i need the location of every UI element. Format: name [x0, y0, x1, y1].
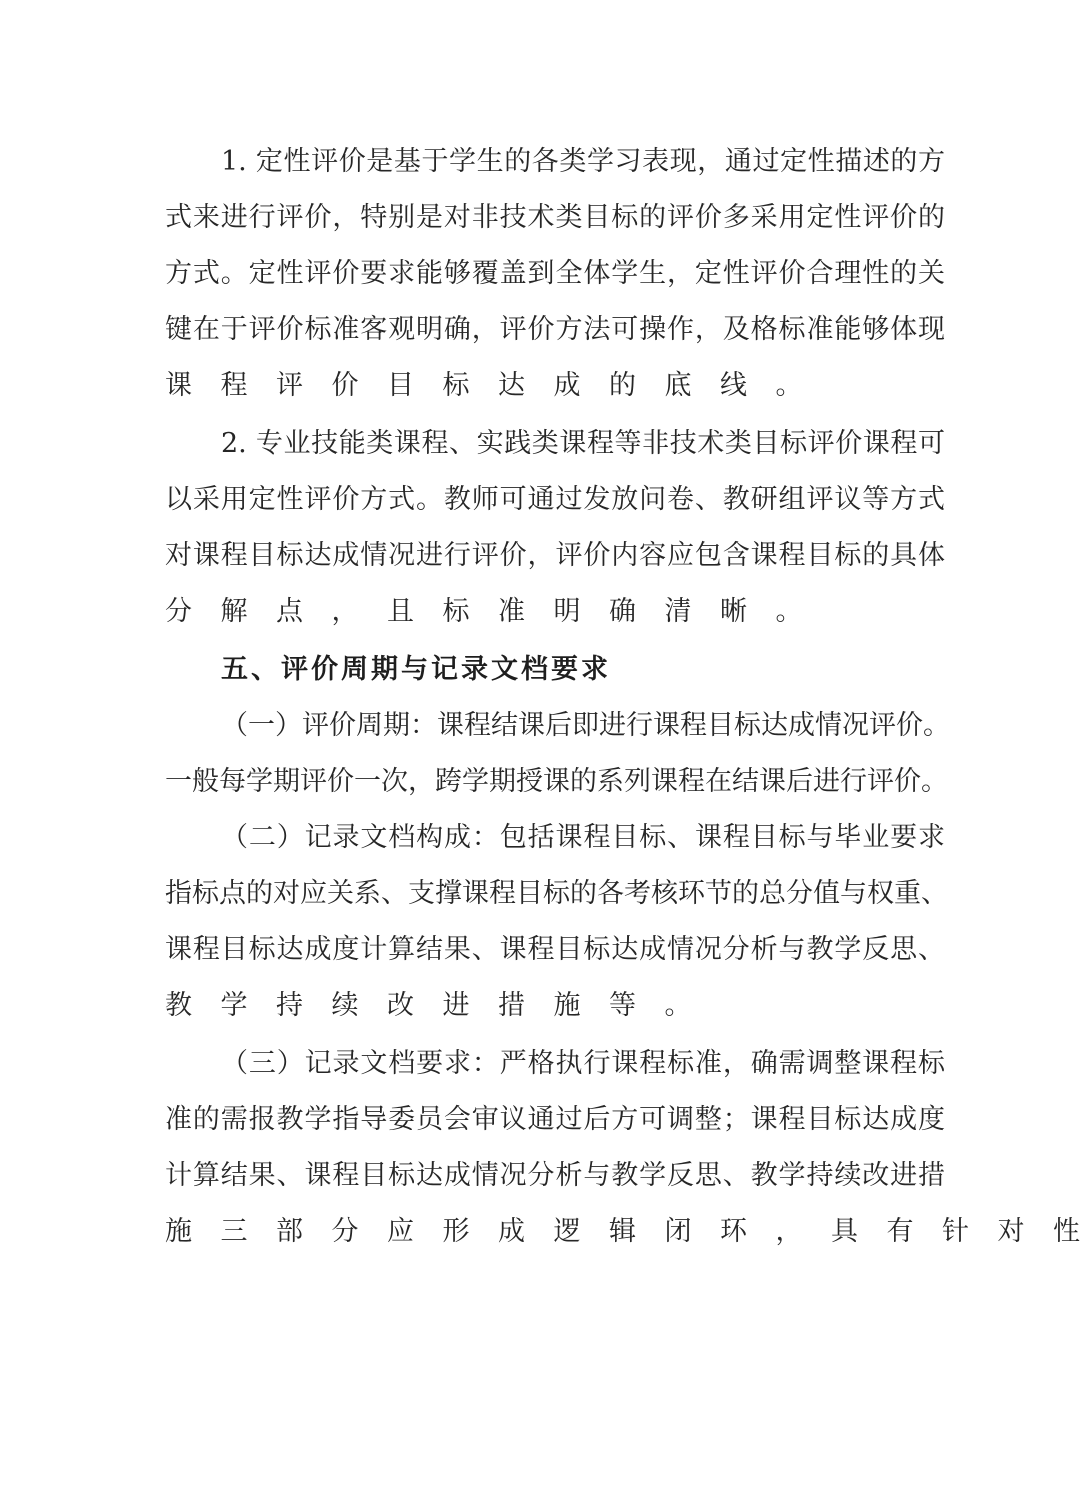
section-heading: 五、评价周期与记录文档要求	[165, 642, 955, 698]
line-text: 施三部分应形成逻辑闭环，具有针对性。	[165, 1204, 955, 1260]
text-line: （二）记录文档构成：包括课程目标、课程目标与毕业要求	[165, 810, 955, 866]
line-text: 2. 专业技能类课程、实践类课程等非技术类目标评价课程可	[221, 416, 945, 472]
text-line: 课程评价目标达成的底线。	[165, 358, 955, 414]
text-line: 教学持续改进措施等。	[165, 978, 955, 1034]
line-text: 键在于评价标准客观明确，评价方法可操作，及格标准能够体现	[165, 302, 945, 358]
line-text: 方式。定性评价要求能够覆盖到全体学生，定性评价合理性的关	[165, 246, 945, 302]
line-text: 计算结果、课程目标达成情况分析与教学反思、教学持续改进措	[165, 1148, 945, 1204]
line-text: 课程目标达成度计算结果、课程目标达成情况分析与教学反思、	[165, 922, 945, 978]
text-line: 2. 专业技能类课程、实践类课程等非技术类目标评价课程可	[165, 416, 955, 472]
line-text: 指标点的对应关系、支撑课程目标的各考核环节的总分值与权重、	[165, 866, 945, 922]
line-text: 1. 定性评价是基于学生的各类学习表现，通过定性描述的方	[221, 134, 945, 190]
line-text: 以采用定性评价方式。教师可通过发放问卷、教研组评议等方式	[165, 472, 945, 528]
text-line: （三）记录文档要求：严格执行课程标准，确需调整课程标	[165, 1036, 955, 1092]
text-line: 课程目标达成度计算结果、课程目标达成情况分析与教学反思、	[165, 922, 955, 978]
heading-line: 五、评价周期与记录文档要求	[165, 642, 955, 698]
document-page: 1. 定性评价是基于学生的各类学习表现，通过定性描述的方 式来进行评价，特别是对…	[0, 0, 1080, 1508]
line-text: 一般每学期评价一次，跨学期授课的系列课程在结课后进行评价。	[165, 754, 945, 810]
line-text: （二）记录文档构成：包括课程目标、课程目标与毕业要求	[221, 810, 945, 866]
line-text: 课程评价目标达成的底线。	[165, 358, 955, 414]
text-line: 指标点的对应关系、支撑课程目标的各考核环节的总分值与权重、	[165, 866, 955, 922]
paragraph-skill-courses: 2. 专业技能类课程、实践类课程等非技术类目标评价课程可 以采用定性评价方式。教…	[165, 416, 955, 640]
text-line: 1. 定性评价是基于学生的各类学习表现，通过定性描述的方	[165, 134, 955, 190]
text-line: 式来进行评价，特别是对非技术类目标的评价多采用定性评价的	[165, 190, 955, 246]
text-line: 施三部分应形成逻辑闭环，具有针对性。	[165, 1204, 955, 1260]
text-line: 一般每学期评价一次，跨学期授课的系列课程在结课后进行评价。	[165, 754, 955, 810]
subsection-record-requirements: （三）记录文档要求：严格执行课程标准，确需调整课程标 准的需报教学指导委员会审议…	[165, 1036, 955, 1260]
text-line: 准的需报教学指导委员会审议通过后方可调整；课程目标达成度	[165, 1092, 955, 1148]
text-line: 分解点，且标准明确清晰。	[165, 584, 955, 640]
subsection-record-composition: （二）记录文档构成：包括课程目标、课程目标与毕业要求 指标点的对应关系、支撑课程…	[165, 810, 955, 1034]
text-line: 对课程目标达成情况进行评价，评价内容应包含课程目标的具体	[165, 528, 955, 584]
line-text: 式来进行评价，特别是对非技术类目标的评价多采用定性评价的	[165, 190, 945, 246]
text-line: 计算结果、课程目标达成情况分析与教学反思、教学持续改进措	[165, 1148, 955, 1204]
paragraph-qualitative-evaluation: 1. 定性评价是基于学生的各类学习表现，通过定性描述的方 式来进行评价，特别是对…	[165, 134, 955, 414]
text-line: 键在于评价标准客观明确，评价方法可操作，及格标准能够体现	[165, 302, 955, 358]
line-text: 教学持续改进措施等。	[165, 978, 955, 1034]
text-line: 以采用定性评价方式。教师可通过发放问卷、教研组评议等方式	[165, 472, 955, 528]
subsection-evaluation-cycle: （一）评价周期：课程结课后即进行课程目标达成情况评价。 一般每学期评价一次，跨学…	[165, 698, 955, 810]
text-line: 方式。定性评价要求能够覆盖到全体学生，定性评价合理性的关	[165, 246, 955, 302]
line-text: 准的需报教学指导委员会审议通过后方可调整；课程目标达成度	[165, 1092, 945, 1148]
line-text: 对课程目标达成情况进行评价，评价内容应包含课程目标的具体	[165, 528, 945, 584]
heading-text: 五、评价周期与记录文档要求	[221, 642, 955, 698]
line-text: （三）记录文档要求：严格执行课程标准，确需调整课程标	[221, 1036, 945, 1092]
line-text: （一）评价周期：课程结课后即进行课程目标达成情况评价。	[221, 698, 945, 754]
document-body: 1. 定性评价是基于学生的各类学习表现，通过定性描述的方 式来进行评价，特别是对…	[165, 134, 955, 1260]
line-text: 分解点，且标准明确清晰。	[165, 584, 955, 640]
text-line: （一）评价周期：课程结课后即进行课程目标达成情况评价。	[165, 698, 955, 754]
